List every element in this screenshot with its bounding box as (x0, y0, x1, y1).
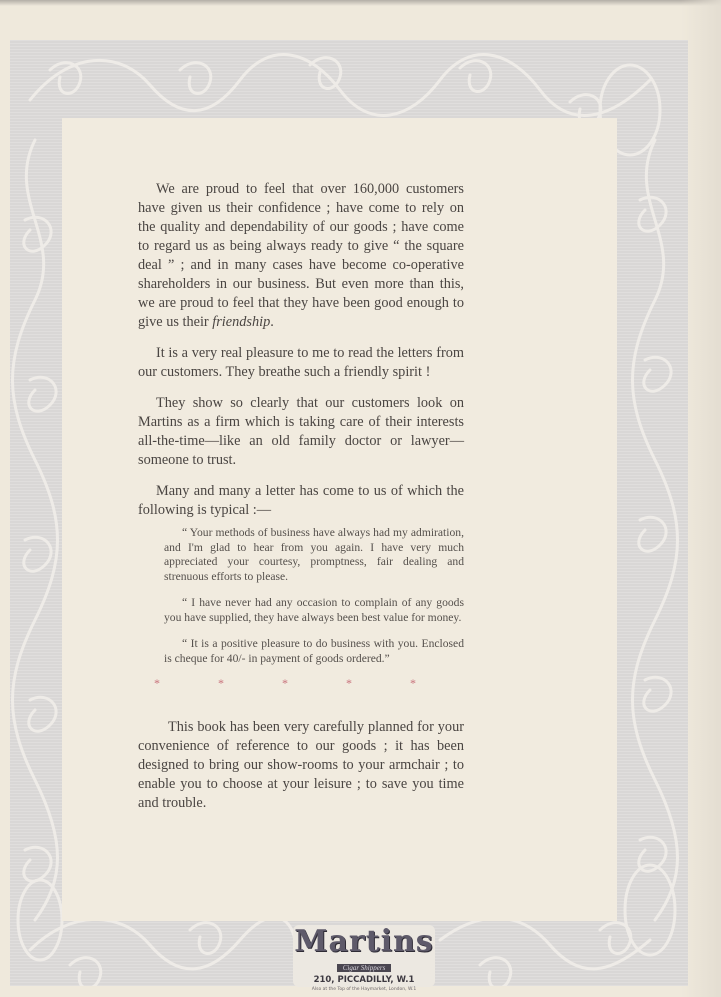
logo-tagline: Cigar Shippers (337, 964, 392, 972)
martins-logo: Martins Cigar Shippers 210, PICCADILLY, … (293, 925, 435, 987)
trust-paragraph: They show so clearly that our customers … (138, 394, 464, 470)
logo-address: 210, PICCADILLY, W.1 (293, 975, 435, 986)
logo-subaddress: Also at the Top of the Haymarket, London… (293, 986, 435, 993)
star-icon: * (218, 678, 224, 688)
star-icon: * (410, 678, 416, 688)
letters-intro-paragraph: Many and many a letter has come to us of… (138, 482, 464, 520)
star-icon: * (346, 678, 352, 688)
star-icon: * (282, 678, 288, 688)
customer-quote: “ Your methods of business have always h… (158, 526, 464, 584)
letter-body: We are proud to feel that over 160,000 c… (138, 180, 464, 825)
logo-name: Martins (293, 927, 435, 957)
page-edge-shadow (0, 0, 721, 6)
closing-paragraph: This book has been very carefully planne… (138, 718, 464, 813)
customer-quote: “ I have never had any occasion to compl… (158, 596, 464, 625)
intro-paragraph: We are proud to feel that over 160,000 c… (138, 180, 464, 332)
customer-quotes: “ Your methods of business have always h… (158, 526, 464, 666)
star-separator: * * * * * (154, 678, 416, 688)
customer-quote: “ It is a positive pleasure to do busine… (158, 637, 464, 666)
star-icon: * (154, 678, 160, 688)
emphasis-friendship: friendship (212, 314, 270, 330)
pleasure-paragraph: It is a very real pleasure to me to read… (138, 344, 464, 382)
